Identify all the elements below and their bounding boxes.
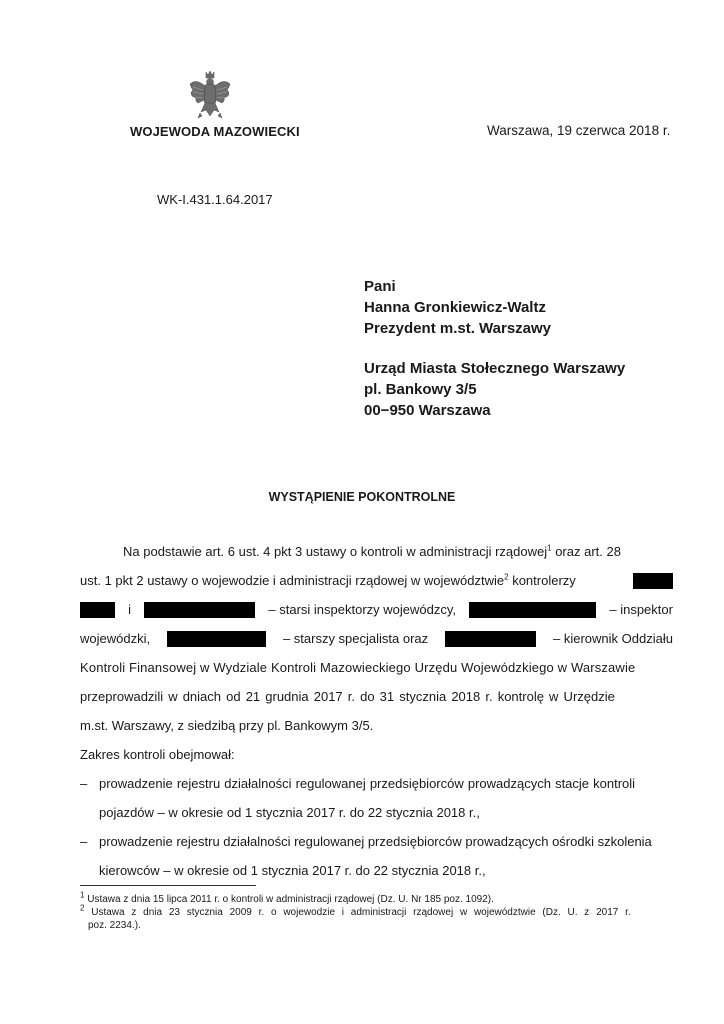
body-line: Zakres kontroli obejmował: (80, 740, 673, 769)
list-item: – prowadzenie rejestru działalności regu… (80, 827, 673, 885)
redaction-box (80, 602, 115, 618)
issuer-name: WOJEWODA MAZOWIECKI (130, 124, 300, 139)
recipient-name: Hanna Gronkiewicz-Waltz (364, 297, 625, 318)
redaction-box (633, 573, 673, 589)
recipient-street: pl. Bankowy 3/5 (364, 379, 625, 400)
document-title: WYSTĄPIENIE POKONTROLNE (0, 490, 724, 504)
body-text: oraz art. 28 (552, 544, 621, 559)
body-text: wojewódzki, (80, 624, 150, 653)
document-date: Warszawa, 19 czerwca 2018 r. (487, 123, 670, 138)
body-text: pojazdów – w okresie od 1 stycznia 2017 … (99, 798, 480, 827)
body-text: – kierownik Oddziału (553, 624, 673, 653)
document-body: Na podstawie art. 6 ust. 4 pkt 3 ustawy … (80, 537, 673, 885)
redaction-box (445, 631, 536, 647)
reference-number: WK-I.431.1.64.2017 (157, 192, 273, 207)
polish-eagle-emblem-icon (188, 70, 232, 122)
body-text: Na podstawie art. 6 ust. 4 pkt 3 ustawy … (123, 544, 547, 559)
footnotes: 1 Ustawa z dnia 15 lipca 2011 r. o kontr… (80, 893, 673, 932)
footnote-text: Ustawa z dnia 23 stycznia 2009 r. o woje… (84, 907, 630, 918)
body-line: wojewódzki, – starszy specjalista oraz –… (80, 624, 673, 653)
scope-intro: Zakres kontroli obejmował: (80, 740, 235, 769)
body-line: prowadzenie rejestru działalności regulo… (99, 769, 673, 798)
footnote-1: 1 Ustawa z dnia 15 lipca 2011 r. o kontr… (80, 893, 673, 906)
body-text: – starszy specjalista oraz (283, 624, 428, 653)
footnote-text: Ustawa z dnia 15 lipca 2011 r. o kontrol… (84, 894, 493, 905)
body-text: ust. 1 pkt 2 ustawy o wojewodzie i admin… (80, 573, 504, 588)
list-item: – prowadzenie rejestru działalności regu… (80, 769, 673, 827)
body-line: pojazdów – w okresie od 1 stycznia 2017 … (99, 798, 673, 827)
body-line: Kontroli Finansowej w Wydziale Kontroli … (80, 653, 673, 682)
redaction-box (144, 602, 255, 618)
footnote-2: 2 Ustawa z dnia 23 stycznia 2009 r. o wo… (80, 906, 673, 932)
list-dash: – (80, 769, 87, 798)
body-line: m.st. Warszawy, z siedzibą przy pl. Bank… (80, 711, 673, 740)
recipient-position: Prezydent m.st. Warszawy (364, 318, 625, 339)
body-text: prowadzenie rejestru działalności regulo… (99, 769, 635, 798)
recipient-institution: Urząd Miasta Stołecznego Warszawy (364, 358, 625, 379)
body-text: – starsi inspektorzy wojewódzcy, (268, 595, 456, 624)
list-dash: – (80, 827, 87, 856)
body-text: i (128, 595, 131, 624)
body-text: prowadzenie rejestru działalności regulo… (99, 827, 652, 856)
redaction-box (469, 602, 596, 618)
body-line: przeprowadzili w dniach od 21 grudnia 20… (80, 682, 673, 711)
recipient-address: Pani Hanna Gronkiewicz-Waltz Prezydent m… (364, 276, 625, 421)
body-text: kierowców – w okresie od 1 stycznia 2017… (99, 856, 486, 885)
footnote-text-continuation: poz. 2234.). (80, 919, 673, 932)
body-text: Kontroli Finansowej w Wydziale Kontroli … (80, 653, 635, 682)
body-text: m.st. Warszawy, z siedzibą przy pl. Bank… (80, 711, 373, 740)
body-line: Na podstawie art. 6 ust. 4 pkt 3 ustawy … (80, 537, 673, 566)
body-text: przeprowadzili w dniach od 21 grudnia 20… (80, 682, 615, 711)
body-line: prowadzenie rejestru działalności regulo… (99, 827, 673, 856)
body-line: i – starsi inspektorzy wojewódzcy, – ins… (80, 595, 673, 624)
body-text: kontrolerzy (509, 573, 576, 588)
recipient-salutation: Pani (364, 276, 625, 297)
body-line: ust. 1 pkt 2 ustawy o wojewodzie i admin… (80, 566, 673, 595)
body-line: kierowców – w okresie od 1 stycznia 2017… (99, 856, 673, 885)
redaction-box (167, 631, 266, 647)
body-text: – inspektor (609, 595, 673, 624)
footnote-separator (80, 885, 256, 886)
recipient-postal-city: 00−950 Warszawa (364, 400, 625, 421)
